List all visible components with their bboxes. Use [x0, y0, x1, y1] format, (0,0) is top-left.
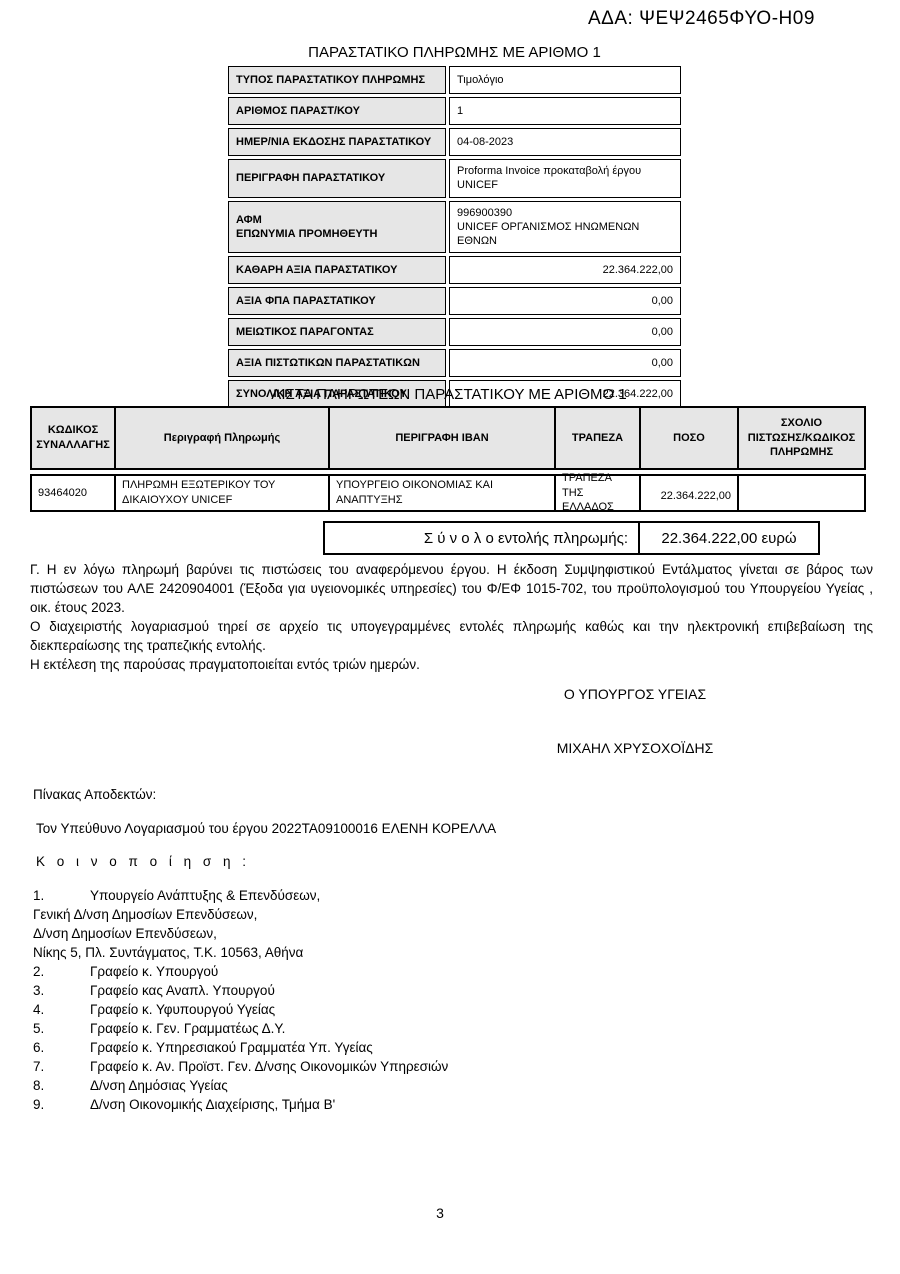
list-item: 6. Γραφείο κ. Υπηρεσιακού Γραμματέα Υπ. …: [33, 1038, 633, 1057]
table-row: ΑΞΙΑ ΦΠΑ ΠΑΡΑΣΤΑΤΙΚΟΥ 0,00: [228, 287, 681, 315]
list-item: 8. Δ/νση Δημόσιας Υγείας: [33, 1076, 633, 1095]
list-item: 1. Υπουργείο Ανάπτυξης & Επενδύσεων,: [33, 886, 633, 905]
row-label: ΗΜΕΡ/ΝΙΑ ΕΚΔΟΣΗΣ ΠΑΡΑΣΤΑΤΙΚΟΥ: [228, 128, 446, 156]
paragraph: Η εκτέλεση της παρούσας πραγματοποιείται…: [30, 655, 873, 674]
row-value: 0,00: [449, 349, 681, 377]
row-label: ΑΞΙΑ ΦΠΑ ΠΑΡΑΣΤΑΤΙΚΟΥ: [228, 287, 446, 315]
row-label: ΠΕΡΙΓΡΑΦΗ ΠΑΡΑΣΤΑΤΙΚΟΥ: [228, 159, 446, 198]
ada-code: ΑΔΑ: ΨΕΨ2465ΦΥΟ-Η09: [588, 8, 815, 30]
table-cell: 93464020: [30, 474, 116, 512]
cc-list: 1. Υπουργείο Ανάπτυξης & Επενδύσεων, Γεν…: [33, 886, 633, 1114]
item-number: 9.: [33, 1095, 90, 1114]
item-number: 1.: [33, 886, 90, 905]
item-text: Γραφείο κ. Αν. Προϊστ. Γεν. Δ/νσης Οικον…: [90, 1057, 448, 1076]
row-value: 996900390 UNICEF ΟΡΓΑΝΙΣΜΟΣ ΗΝΩΜΕΝΩΝ ΕΘΝ…: [449, 201, 681, 254]
list-item: 7. Γραφείο κ. Αν. Προϊστ. Γεν. Δ/νσης Οι…: [33, 1057, 633, 1076]
item-number: 3.: [33, 981, 90, 1000]
table-row: ΑΦΜ ΕΠΩΝΥΜΙΑ ΠΡΟΜΗΘΕΥΤΗ 996900390 UNICEF…: [228, 201, 681, 254]
table-row: ΗΜΕΡ/ΝΙΑ ΕΚΔΟΣΗΣ ΠΑΡΑΣΤΑΤΙΚΟΥ 04-08-2023: [228, 128, 681, 156]
signature-role: Ο ΥΠΟΥΡΓΟΣ ΥΓΕΙΑΣ: [450, 686, 820, 702]
total-value: 22.364.222,00 ευρώ: [638, 523, 818, 553]
column-header: ΚΩΔΙΚΟΣ ΣΥΝΑΛΛΑΓΗΣ: [30, 406, 116, 470]
list-item: 4. Γραφείο κ. Υφυπουργού Υγείας: [33, 1000, 633, 1019]
item-number: 6.: [33, 1038, 90, 1057]
paragraph: Γ. Η εν λόγω πληρωμή βαρύνει τις πιστώσε…: [30, 560, 873, 617]
item-text: Γραφείο κ. Γεν. Γραμματέως Δ.Υ.: [90, 1019, 285, 1038]
row-label: ΑΞΙΑ ΠΙΣΤΩΤΙΚΩΝ ΠΑΡΑΣΤΑΤΙΚΩΝ: [228, 349, 446, 377]
row-label: ΤΥΠΟΣ ΠΑΡΑΣΤΑΤΙΚΟΥ ΠΛΗΡΩΜΗΣ: [228, 66, 446, 94]
table-row: ΜΕΙΩΤΙΚΟΣ ΠΑΡΑΓΟΝΤΑΣ 0,00: [228, 318, 681, 346]
item-number: 4.: [33, 1000, 90, 1019]
list-item: 3. Γραφείο κας Αναπλ. Υπουργού: [33, 981, 633, 1000]
row-value: 1: [449, 97, 681, 125]
row-label: ΑΦΜ ΕΠΩΝΥΜΙΑ ΠΡΟΜΗΘΕΥΤΗ: [228, 201, 446, 254]
document-page: ΑΔΑ: ΨΕΨ2465ΦΥΟ-Η09 ΠΑΡΑΣΤΑΤΙΚΟ ΠΛΗΡΩΜΗΣ…: [0, 0, 900, 1274]
row-value: 0,00: [449, 287, 681, 315]
payment-total-box: Σ ύ ν ο λ ο εντολής πληρωμής: 22.364.222…: [323, 521, 820, 555]
table-cell: ΥΠΟΥΡΓΕΙΟ ΟΙΚΟΝΟΜΙΑΣ ΚΑΙ ΑΝΑΠΤΥΞΗΣ: [328, 474, 556, 512]
document-title: ΠΑΡΑΣΤΑΤΙΚΟ ΠΛΗΡΩΜΗΣ ΜΕ ΑΡΙΘΜΟ 1: [228, 44, 681, 61]
item-text: Υπουργείο Ανάπτυξης & Επενδύσεων,: [90, 886, 320, 905]
row-value: 22.364.222,00: [449, 256, 681, 284]
payee-list-title: ΛΙΣΤΑ ΠΛΗΡΩΤΕΩΝ ΠΑΡΑΣΤΑΤΙΚΟΥ ΜΕ ΑΡΙΘΜΟ 1: [30, 386, 868, 403]
cc-heading: Κ ο ι ν ο π ο ί η σ η :: [36, 854, 250, 869]
list-item-subline: Νίκης 5, Πλ. Συντάγματος, Τ.Κ. 10563, Αθ…: [33, 943, 633, 962]
column-header: ΣΧΟΛΙΟ ΠΙΣΤΩΣΗΣ/ΚΩΔΙΚΟΣ ΠΛΗΡΩΜΗΣ: [737, 406, 866, 470]
table-row: ΠΕΡΙΓΡΑΦΗ ΠΑΡΑΣΤΑΤΙΚΟΥ Proforma Invoice …: [228, 159, 681, 198]
item-number: 5.: [33, 1019, 90, 1038]
payee-table-data-row: 93464020 ΠΛΗΡΩΜΗ ΕΞΩΤΕΡΙΚΟΥ ΤΟΥ ΔΙΚΑΙΟΥΧ…: [30, 474, 870, 512]
row-label: ΜΕΙΩΤΙΚΟΣ ΠΑΡΑΓΟΝΤΑΣ: [228, 318, 446, 346]
payee-table: ΚΩΔΙΚΟΣ ΣΥΝΑΛΛΑΓΗΣ Περιγραφή Πληρωμής ΠΕ…: [30, 406, 870, 516]
column-header: Περιγραφή Πληρωμής: [114, 406, 330, 470]
column-header: ΤΡΑΠΕΖΑ: [554, 406, 641, 470]
invoice-details-table: ΤΥΠΟΣ ΠΑΡΑΣΤΑΤΙΚΟΥ ΠΛΗΡΩΜΗΣ Τιμολόγιο ΑΡ…: [228, 66, 681, 411]
table-cell: 22.364.222,00: [639, 474, 739, 512]
signature-name: ΜΙΧΑΗΛ ΧΡΥΣΟΧΟΪΔΗΣ: [450, 740, 820, 756]
recipients-heading: Πίνακας Αποδεκτών:: [33, 787, 156, 802]
item-text: Δ/νση Δημόσιας Υγείας: [90, 1076, 228, 1095]
row-value: Proforma Invoice προκαταβολή έργου UNICE…: [449, 159, 681, 198]
table-row: ΤΥΠΟΣ ΠΑΡΑΣΤΑΤΙΚΟΥ ΠΛΗΡΩΜΗΣ Τιμολόγιο: [228, 66, 681, 94]
payee-table-header-row: ΚΩΔΙΚΟΣ ΣΥΝΑΛΛΑΓΗΣ Περιγραφή Πληρωμής ΠΕ…: [30, 406, 870, 470]
row-value: 04-08-2023: [449, 128, 681, 156]
body-text: Γ. Η εν λόγω πληρωμή βαρύνει τις πιστώσε…: [30, 560, 873, 674]
row-label: ΚΑΘΑΡΗ ΑΞΙΑ ΠΑΡΑΣΤΑΤΙΚΟΥ: [228, 256, 446, 284]
item-text: Γραφείο κ. Υφυπουργού Υγείας: [90, 1000, 275, 1019]
item-text: Γραφείο κας Αναπλ. Υπουργού: [90, 981, 275, 1000]
column-header: ΠΕΡΙΓΡΑΦΗ ΙΒΑΝ: [328, 406, 556, 470]
item-number: 2.: [33, 962, 90, 981]
paragraph: Ο διαχειριστής λογαριασμού τηρεί σε αρχε…: [30, 617, 873, 655]
table-row: ΚΑΘΑΡΗ ΑΞΙΑ ΠΑΡΑΣΤΑΤΙΚΟΥ 22.364.222,00: [228, 256, 681, 284]
row-value: 0,00: [449, 318, 681, 346]
table-cell: ΤΡΑΠΕΖΑ ΤΗΣ ΕΛΛΑΔΟΣ: [554, 474, 641, 512]
column-header: ΠΟΣΟ: [639, 406, 739, 470]
table-row: ΑΡΙΘΜΟΣ ΠΑΡΑΣΤ/ΚΟΥ 1: [228, 97, 681, 125]
page-number: 3: [0, 1205, 880, 1221]
table-row: ΑΞΙΑ ΠΙΣΤΩΤΙΚΩΝ ΠΑΡΑΣΤΑΤΙΚΩΝ 0,00: [228, 349, 681, 377]
table-cell: [737, 474, 866, 512]
row-value: Τιμολόγιο: [449, 66, 681, 94]
item-number: 8.: [33, 1076, 90, 1095]
list-item-subline: Δ/νση Δημοσίων Επενδύσεων,: [33, 924, 633, 943]
list-item: 5. Γραφείο κ. Γεν. Γραμματέως Δ.Υ.: [33, 1019, 633, 1038]
total-label: Σ ύ ν ο λ ο εντολής πληρωμής:: [325, 530, 638, 547]
item-number: 7.: [33, 1057, 90, 1076]
list-item: 9. Δ/νση Οικονομικής Διαχείρισης, Τμήμα …: [33, 1095, 633, 1114]
item-text: Γραφείο κ. Υπουργού: [90, 962, 218, 981]
row-label: ΑΡΙΘΜΟΣ ΠΑΡΑΣΤ/ΚΟΥ: [228, 97, 446, 125]
item-text: Γραφείο κ. Υπηρεσιακού Γραμματέα Υπ. Υγε…: [90, 1038, 373, 1057]
table-cell: ΠΛΗΡΩΜΗ ΕΞΩΤΕΡΙΚΟΥ ΤΟΥ ΔΙΚΑΙΟΥΧΟΥ UNICEF: [114, 474, 330, 512]
list-item-subline: Γενική Δ/νση Δημοσίων Επενδύσεων,: [33, 905, 633, 924]
recipients-line: Τον Υπεύθυνο Λογαριασμού του έργου 2022Τ…: [36, 821, 496, 836]
list-item: 2. Γραφείο κ. Υπουργού: [33, 962, 633, 981]
item-text: Δ/νση Οικονομικής Διαχείρισης, Τμήμα Β': [90, 1095, 335, 1114]
